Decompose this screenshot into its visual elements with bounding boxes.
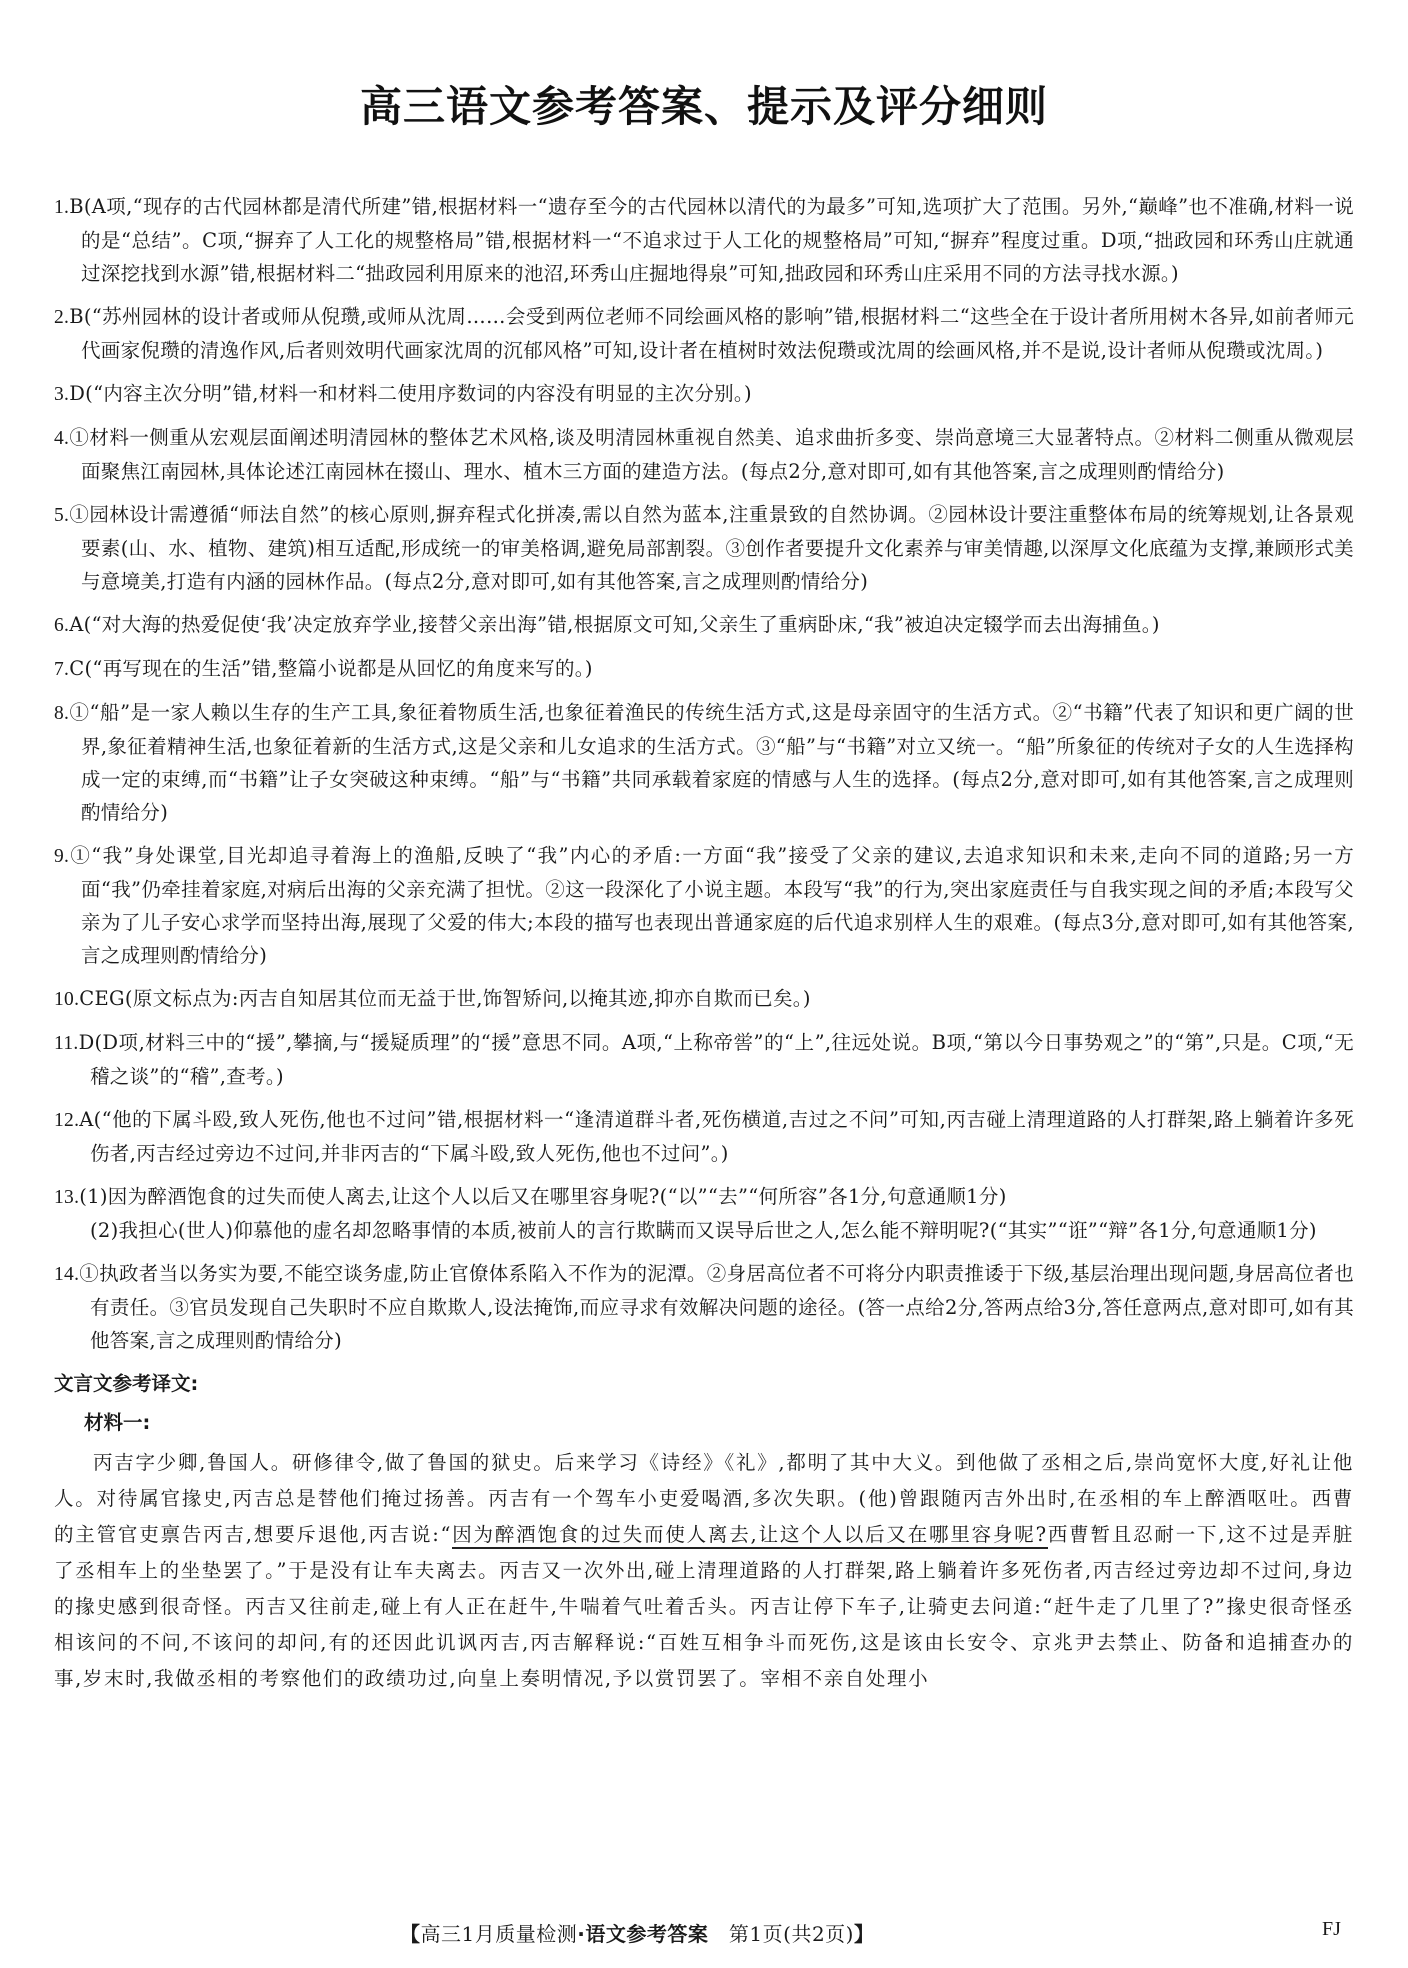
answer-item-11: 11.D(D项,材料三中的“援”,攀摘,与“援疑质理”的“援”意思不同。A项,“… [54, 1026, 1354, 1093]
answer-text: B(A项,“现存的古代园林都是清代所建”错,根据材料一“遗存至今的古代园林以清代… [69, 195, 1354, 285]
answer-item-4: 4.①材料一侧重从宏观层面阐述明清园林的整体艺术风格,谈及明清园林重视自然美、追… [54, 421, 1354, 488]
answer-text: A(“对大海的热爱促使‘我’决定放弃学业,接替父亲出海”错,根据原文可知,父亲生… [69, 613, 1160, 636]
answer-number: 11. [54, 1033, 79, 1054]
answer-number: 5. [54, 505, 69, 526]
answer-item-8: 8.①“船”是一家人赖以生存的生产工具,象征着物质生活,也象征着渔民的传统生活方… [54, 696, 1354, 829]
answer-text: A(“他的下属斗殴,致人死伤,他也不过问”错,根据材料一“逢清道群斗者,死伤横道… [79, 1108, 1354, 1165]
answer-item-6: 6.A(“对大海的热爱促使‘我’决定放弃学业,接替父亲出海”错,根据原文可知,父… [54, 608, 1354, 642]
translation-heading: 文言文参考译文: [54, 1367, 1354, 1400]
answer-item-9: 9.①“我”身处课堂,目光却追寻着海上的渔船,反映了“我”内心的矛盾:一方面“我… [54, 839, 1354, 972]
answer-number: 2. [54, 307, 69, 328]
answer-text: CEG(原文标点为:丙吉自知居其位而无益于世,饰智矫问,以掩其迹,抑亦自欺而已矣… [79, 987, 810, 1010]
answer-number: 3. [54, 384, 69, 405]
answer-number: 10. [54, 989, 79, 1010]
answer-number: 12. [54, 1110, 79, 1131]
translation-paragraph: 丙吉字少卿,鲁国人。研修律令,做了鲁国的狱史。后来学习《诗经》《礼》,都明了其中… [54, 1445, 1354, 1697]
answer-item-7: 7.C(“再写现在的生活”错,整篇小说都是从回忆的角度来写的。) [54, 652, 1354, 686]
answer-text: ①“我”身处课堂,目光却追寻着海上的渔船,反映了“我”内心的矛盾:一方面“我”接… [69, 844, 1354, 967]
material-one-label: 材料一: [84, 1406, 1354, 1439]
answer-text: ①执政者当以务实为要,不能空谈务虚,防止官僚体系陷入不作为的泥潭。②身居高位者不… [79, 1262, 1354, 1352]
answer-item-2: 2.B(“苏州园林的设计者或师从倪瓒,或师从沈周……会受到两位老师不同绘画风格的… [54, 300, 1354, 367]
answer-item-5: 5.①园林设计需遵循“师法自然”的核心原则,摒弃程式化拼凑,需以自然为蓝本,注重… [54, 498, 1354, 598]
answer-number: 1. [54, 197, 69, 218]
answer-content: 1.B(A项,“现存的古代园林都是清代所建”错,根据材料一“遗存至今的古代园林以… [54, 190, 1354, 1697]
answer-text: ①材料一侧重从宏观层面阐述明清园林的整体艺术风格,谈及明清园林重视自然美、追求曲… [69, 426, 1354, 483]
answer-text: D(“内容主次分明”错,材料一和材料二使用序数词的内容没有明显的主次分别。) [69, 382, 752, 405]
answer-item-13-part-2: (2)我担心(世人)仰慕他的虚名却忽略事情的本质,被前人的言行欺瞒而又误导后世之… [54, 1214, 1354, 1247]
answer-item-10: 10.CEG(原文标点为:丙吉自知居其位而无益于世,饰智矫问,以掩其迹,抑亦自欺… [54, 982, 1354, 1016]
answer-number: 13. [54, 1187, 79, 1208]
answer-item-1: 1.B(A项,“现存的古代园林都是清代所建”错,根据材料一“遗存至今的古代园林以… [54, 190, 1354, 290]
answer-item-3: 3.D(“内容主次分明”错,材料一和材料二使用序数词的内容没有明显的主次分别。) [54, 377, 1354, 411]
answer-text: D(D项,材料三中的“援”,攀摘,与“援疑质理”的“援”意思不同。A项,“上称帝… [79, 1031, 1354, 1088]
page-footer: 【高三1月质量检测·语文参考答案 第1页(共2页)】 FJ [0, 1918, 1408, 1952]
footer-code: FJ [1322, 1918, 1341, 1941]
answer-text: ①“船”是一家人赖以生存的生产工具,象征着物质生活,也象征着渔民的传统生活方式,… [69, 701, 1354, 824]
answer-number: 7. [54, 659, 69, 680]
answer-number: 4. [54, 428, 69, 449]
footer-info: 【高三1月质量检测·语文参考答案 第1页(共2页)】 [400, 1918, 874, 1947]
answer-item-12: 12.A(“他的下属斗殴,致人死伤,他也不过问”错,根据材料一“逢清道群斗者,死… [54, 1103, 1354, 1170]
answer-text: B(“苏州园林的设计者或师从倪瓒,或师从沈周……会受到两位老师不同绘画风格的影响… [69, 305, 1354, 362]
answer-number: 14. [54, 1264, 79, 1285]
underlined-sentence: 因为醉酒饱食的过失而使人离去,让这个人以后又在哪里容身呢? [452, 1523, 1048, 1549]
answer-number: 9. [54, 846, 69, 867]
footer-exam-name: 高三1月质量检测 [421, 1922, 578, 1946]
answer-text: (1)因为醉酒饱食的过失而使人离去,让这个人以后又在哪里容身呢?(“以”“去”“… [79, 1185, 1006, 1208]
answer-number: 6. [54, 615, 69, 636]
footer-right-bracket: 】 [854, 1922, 875, 1946]
footer-subject: 语文参考答案 [585, 1922, 708, 1946]
answer-item-13: 13.(1)因为醉酒饱食的过失而使人离去,让这个人以后又在哪里容身呢?(“以”“… [54, 1180, 1354, 1214]
footer-left-bracket: 【 [400, 1922, 421, 1946]
footer-page-info: 第1页(共2页) [729, 1922, 854, 1946]
answer-text: ①园林设计需遵循“师法自然”的核心原则,摒弃程式化拼凑,需以自然为蓝本,注重景致… [69, 503, 1354, 593]
answer-item-14: 14.①执政者当以务实为要,不能空谈务虚,防止官僚体系陷入不作为的泥潭。②身居高… [54, 1257, 1354, 1357]
answer-number: 8. [54, 703, 69, 724]
answer-text: C(“再写现在的生活”错,整篇小说都是从回忆的角度来写的。) [69, 657, 593, 680]
page-title: 高三语文参考答案、提示及评分细则 [0, 74, 1408, 134]
